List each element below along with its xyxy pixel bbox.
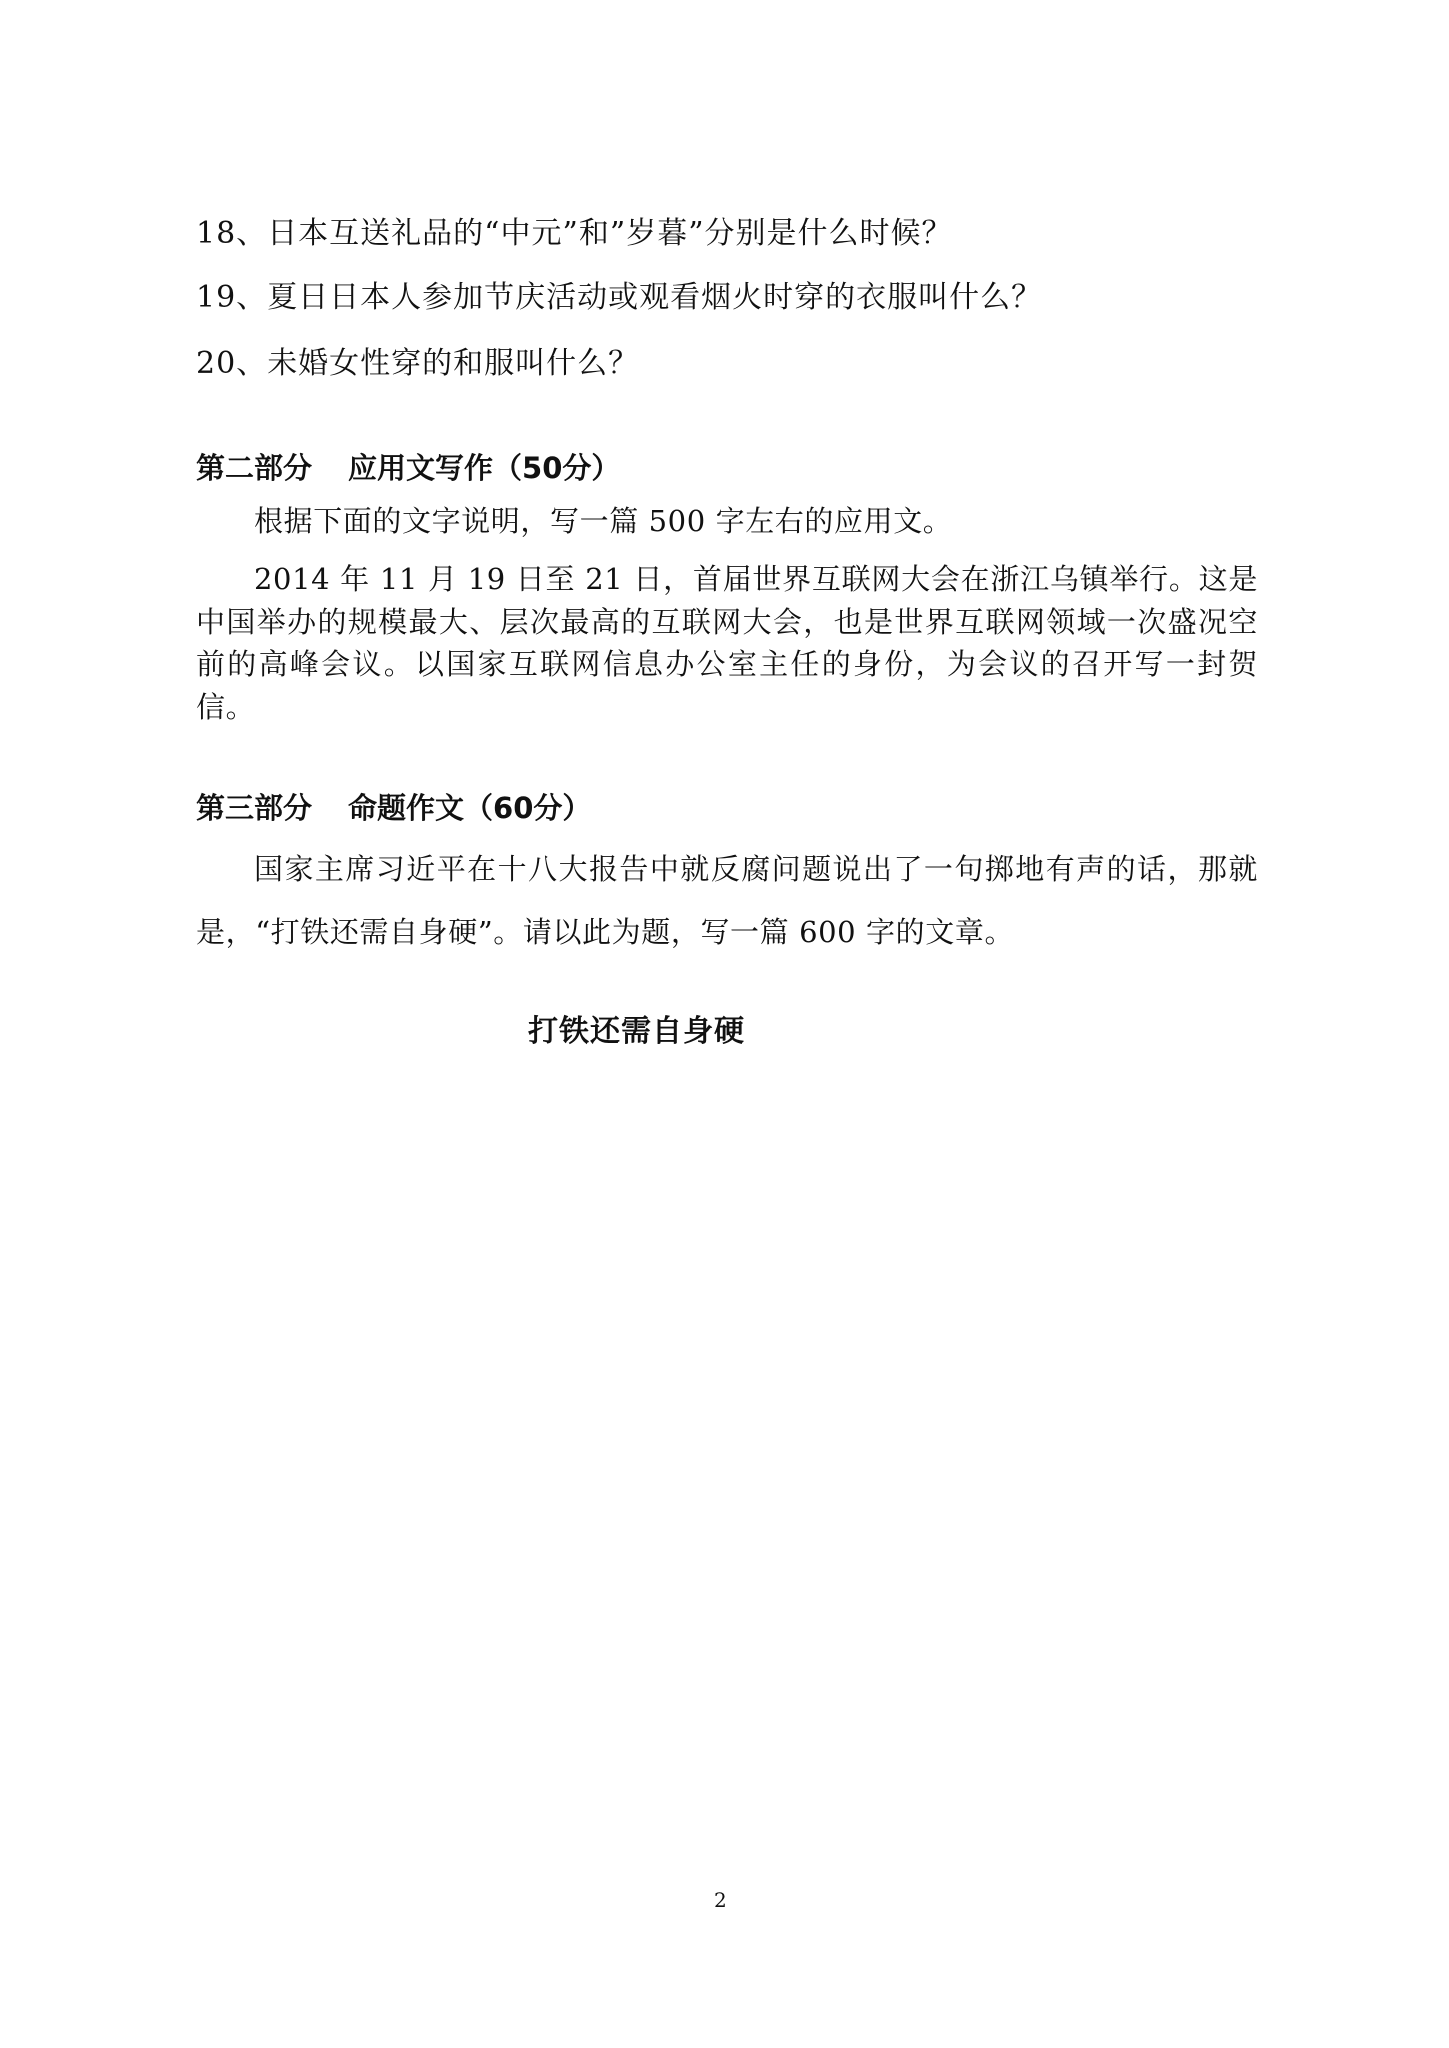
question-19: 19、夏日日本人参加节庆活动或观看烟火时穿的衣服叫什么？ (196, 280, 1042, 316)
part2-instruction: 根据下面的文字说明，写一篇 500 字左右的应用文。 (196, 500, 1258, 543)
part2-title: 应用文写作（50分） (348, 451, 620, 485)
part2-prompt: 2014 年 11 月 19 日至 21 日，首届世界互联网大会在浙江乌镇举行。… (196, 558, 1258, 728)
question-18: 18、日本互送礼品的“中元”和”岁暮”分别是什么时候？ (196, 216, 953, 252)
question-20: 20、未婚女性穿的和服叫什么？ (196, 346, 639, 382)
essay-title: 打铁还需自身硬 (528, 1006, 745, 1050)
part2-label: 第二部分 (196, 451, 312, 485)
page-number: 2 (714, 1888, 727, 1912)
question-number: 20、 (196, 346, 267, 381)
part3-title: 命题作文（60分） (348, 791, 591, 825)
part2-heading: 第二部分应用文写作（50分） (196, 450, 620, 486)
question-number: 18、 (196, 216, 267, 251)
part3-prompt: 国家主席习近平在十八大报告中就反腐问题说出了一句掷地有声的话，那就是，“打铁还需… (196, 838, 1258, 964)
part3-label: 第三部分 (196, 791, 312, 825)
question-text: 日本互送礼品的“中元”和”岁暮”分别是什么时候？ (267, 216, 952, 251)
question-text: 夏日日本人参加节庆活动或观看烟火时穿的衣服叫什么？ (267, 280, 1042, 315)
question-number: 19、 (196, 280, 267, 315)
document-page: 18、日本互送礼品的“中元”和”岁暮”分别是什么时候？ 19、夏日日本人参加节庆… (0, 0, 1449, 2048)
question-text: 未婚女性穿的和服叫什么？ (267, 346, 639, 381)
part3-heading: 第三部分命题作文（60分） (196, 790, 591, 826)
